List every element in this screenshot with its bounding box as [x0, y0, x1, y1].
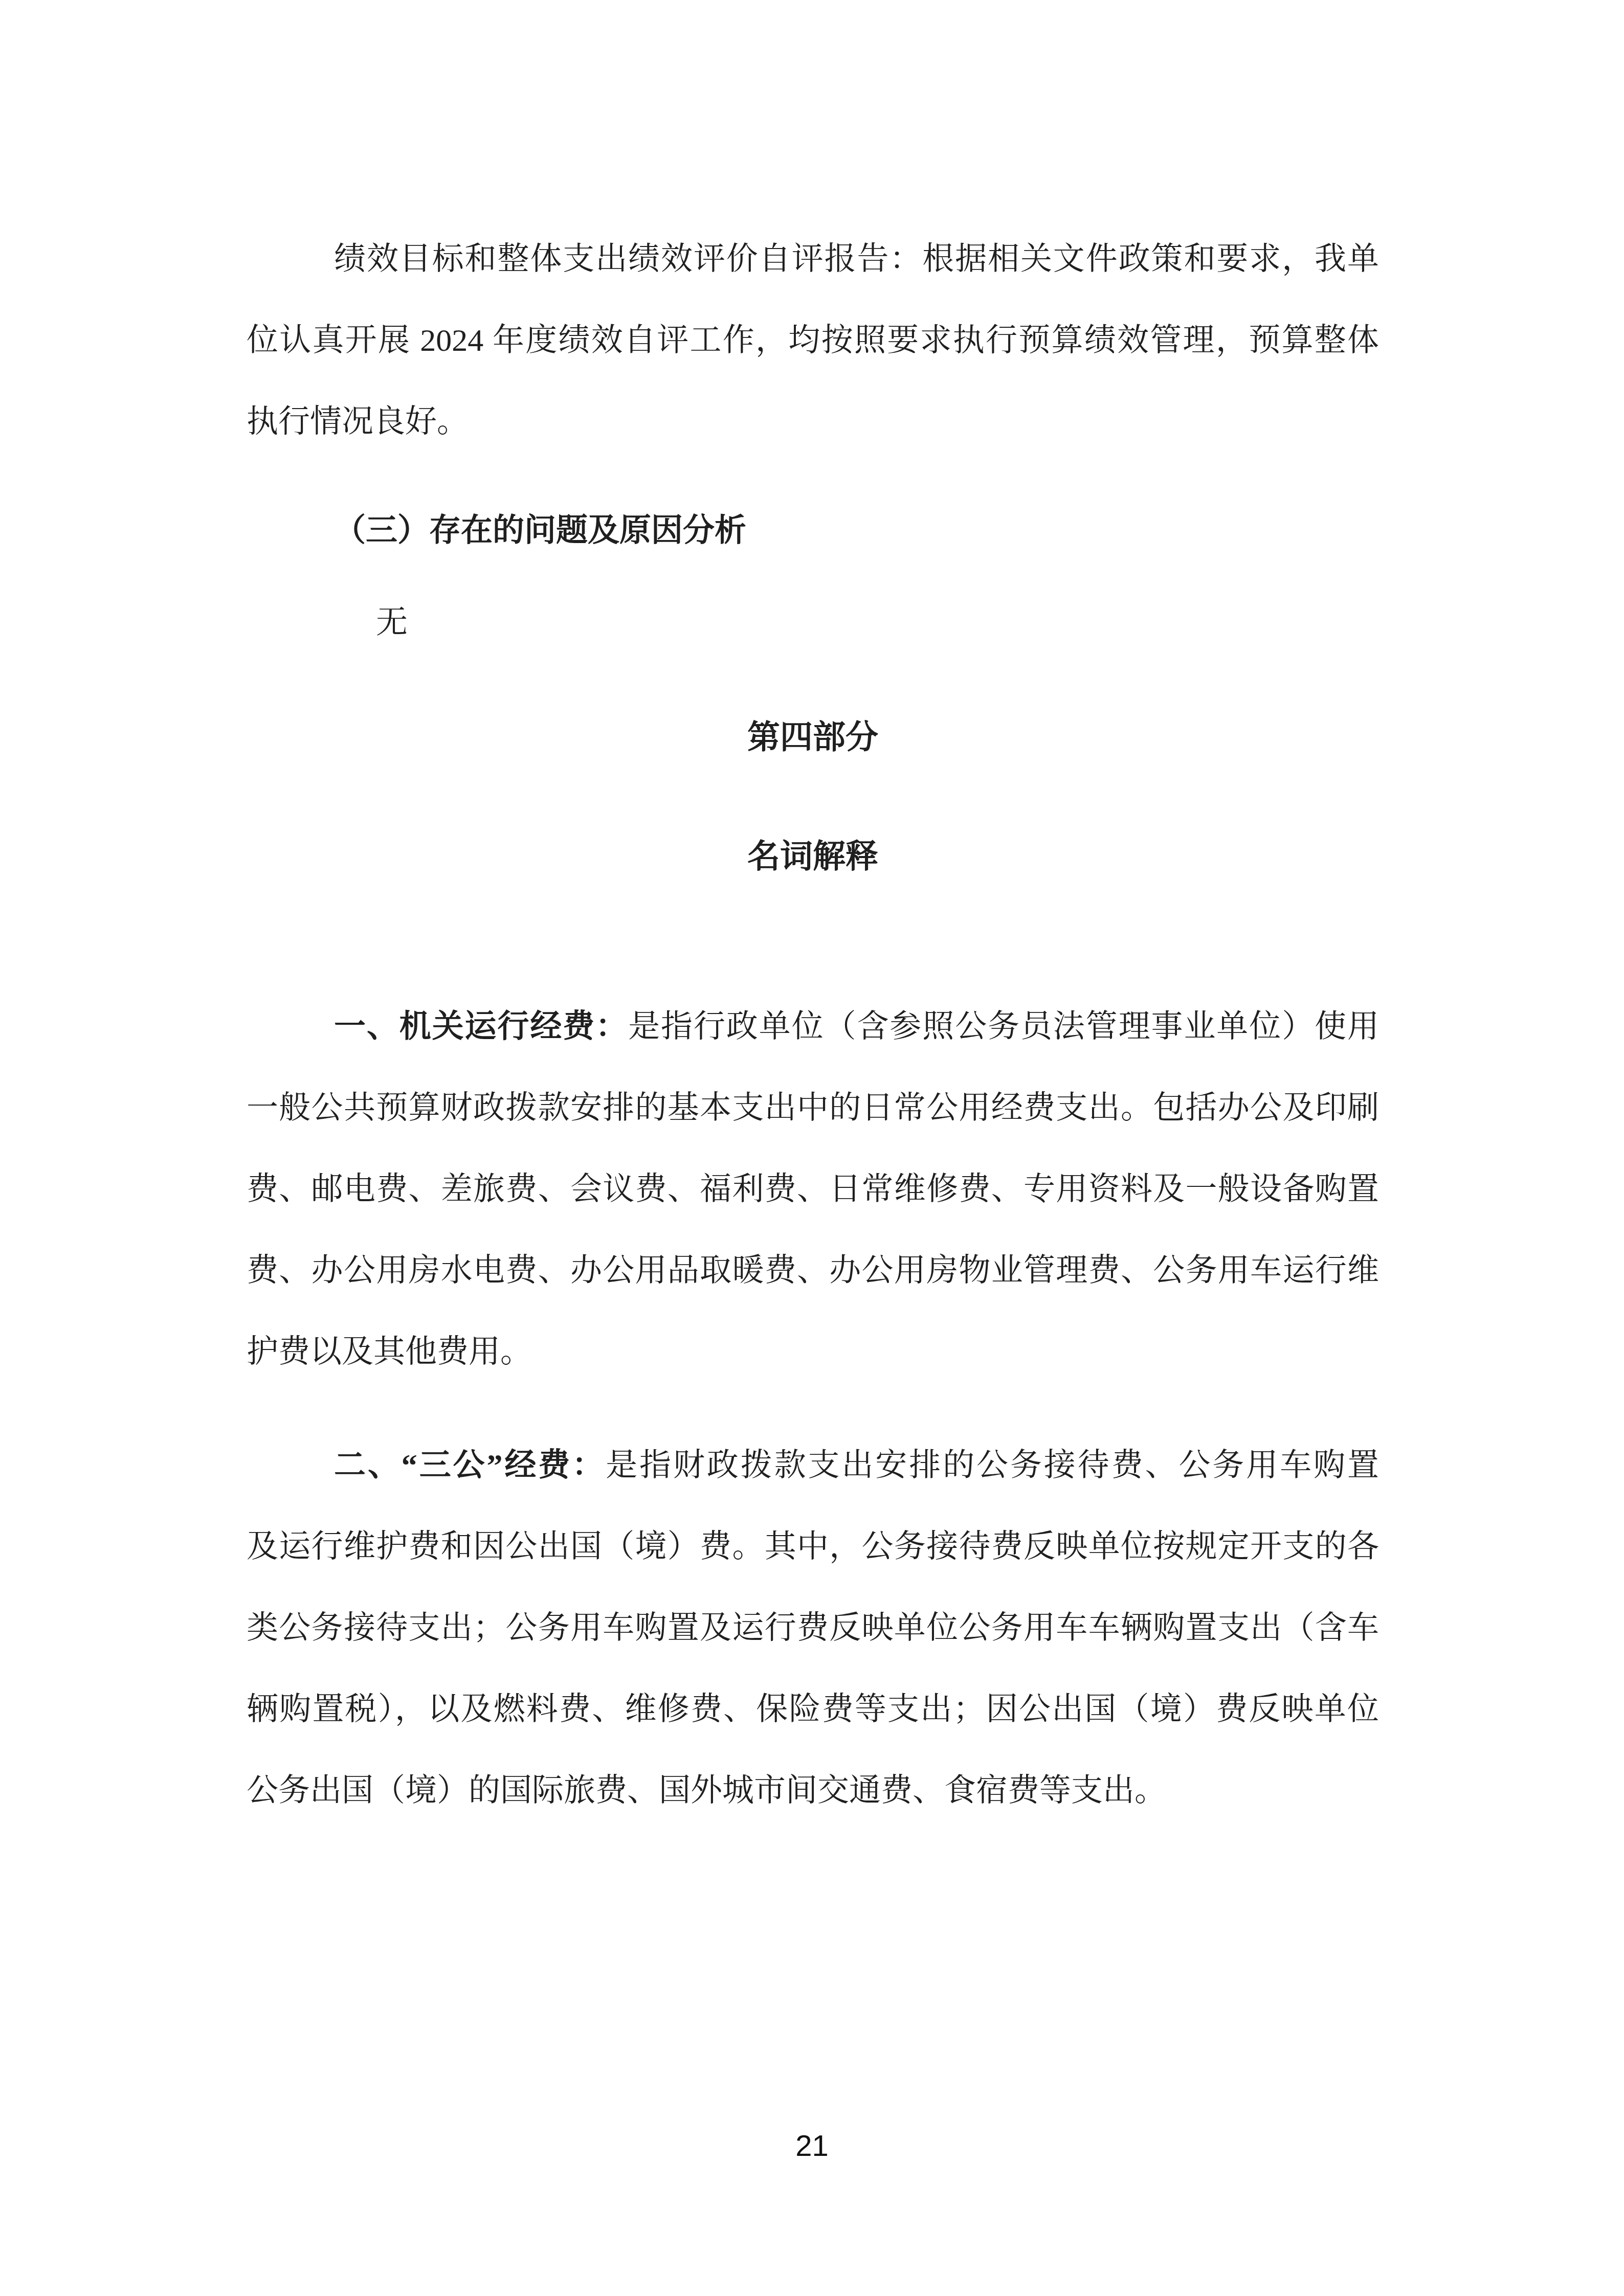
- answer-none: 无: [376, 607, 408, 639]
- term2-line-4: 辆购置税），以及燃料费、维修费、保险费等支出；因公出国（境）费反映单位: [247, 1694, 1379, 1725]
- part4-subtitle: 名词解释: [247, 840, 1379, 873]
- document-page: 绩效目标和整体支出绩效评价自评报告：根据相关文件政策和要求，我单 位认真开展 2…: [0, 0, 1624, 2296]
- report-paragraph-line-3: 执行情况良好。: [247, 406, 469, 438]
- report-paragraph-line-1: 绩效目标和整体支出绩效评价自评报告：根据相关文件政策和要求，我单: [334, 243, 1379, 275]
- term1-line-4: 费、办公用房水电费、办公用品取暖费、办公用房物业管理费、公务用车运行维: [247, 1255, 1379, 1287]
- term1-line-2: 一般公共预算财政拨款安排的基本支出中的日常公用经费支出。包括办公及印刷: [247, 1092, 1379, 1124]
- term1-lead: 一、机关运行经费：: [334, 1009, 628, 1044]
- report-paragraph-line-2: 位认真开展 2024 年度绩效自评工作，均按照要求执行预算绩效管理，预算整体: [247, 325, 1379, 356]
- term2-lead: 二、“三公”经费：: [334, 1448, 606, 1483]
- term1-line-3: 费、邮电费、差旅费、会议费、福利费、日常维修费、专用资料及一般设备购置: [247, 1174, 1379, 1205]
- part4-title: 第四部分: [247, 721, 1379, 754]
- term2-line-2: 及运行维护费和因公出国（境）费。其中，公务接待费反映单位按规定开支的各: [247, 1531, 1379, 1563]
- term2-line-5: 公务出国（境）的国际旅费、国外城市间交通费、食宿费等支出。: [247, 1775, 1166, 1807]
- page-number: 21: [0, 2131, 1624, 2161]
- term2-line-3: 类公务接待支出；公务用车购置及运行费反映单位公务用车车辆购置支出（含车: [247, 1612, 1379, 1644]
- section-heading-problems: （三）存在的问题及原因分析: [334, 515, 746, 547]
- term2-line-1: 二、“三公”经费：是指财政拨款支出安排的公务接待费、公务用车购置: [334, 1450, 1379, 1481]
- term1-line-1: 一、机关运行经费：是指行政单位（含参照公务员法管理事业单位）使用: [334, 1011, 1379, 1043]
- term1-line-1-rest: 是指行政单位（含参照公务员法管理事业单位）使用: [628, 1009, 1379, 1044]
- term2-line-1-rest: 是指财政拨款支出安排的公务接待费、公务用车购置: [606, 1448, 1379, 1483]
- term1-line-5: 护费以及其他费用。: [247, 1336, 532, 1368]
